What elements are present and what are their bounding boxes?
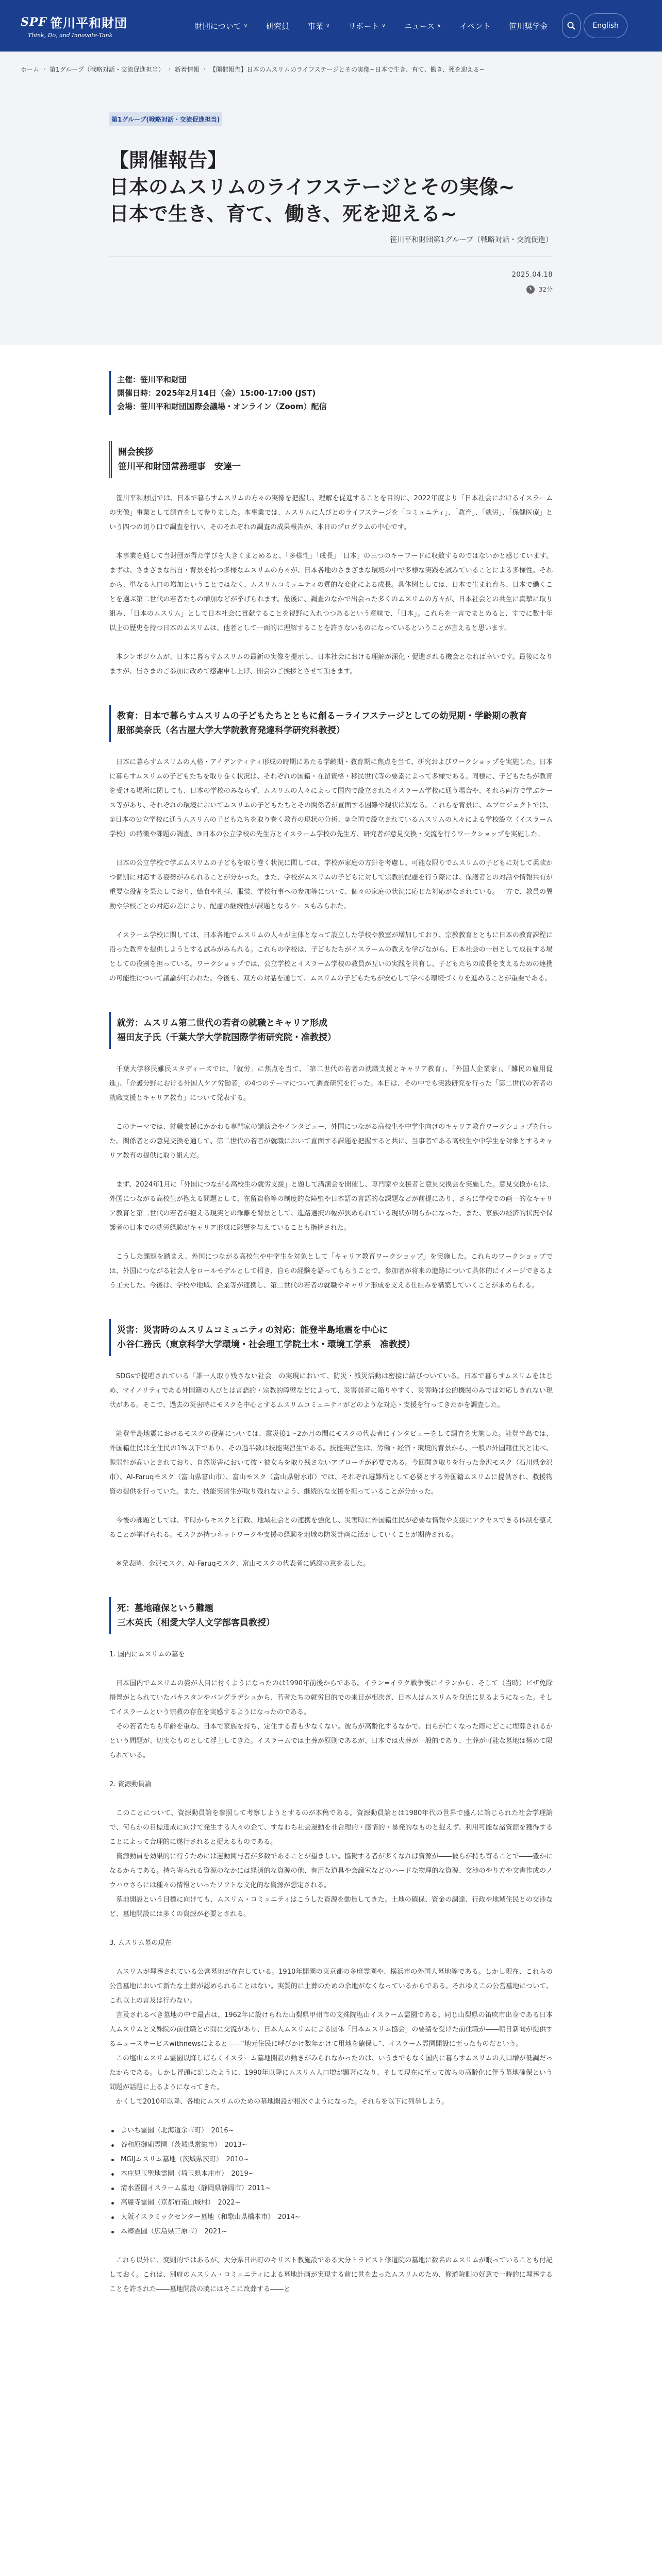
paragraph: その若者たちも年齢を重ね、日本で家族を持ち、定住する者も少なくない。彼らが高齢化… [109,1720,553,1763]
section-heading-education: 教育：日本で暮らすムスリムの子どもたちとともに創る－ライフステージとしての幼児期… [109,705,553,742]
paragraph: 今後の課題としては、平時からモスクと行政、地域社会との連携を強化し、災害時に外国… [109,1514,553,1543]
breadcrumb: ホーム › 第1グループ（戦略対話・交流促進担当） › 新着情報 › 【開催報告… [0,52,662,72]
chevron-down-icon: ∨ [326,23,329,29]
list-item: 本郷霊園（広島県三原市） 2021~ [109,2225,553,2239]
logo-tagline: Think, Do, and Innovate-Tank [21,32,170,39]
chevron-right-icon: › [204,66,206,72]
nav-label: 研究員 [266,21,289,31]
subsection-title: 2. 資源動員論 [109,1777,553,1792]
site-logo[interactable]: SPF 笹川平和財団 Think, Do, and Innovate-Tank [21,13,170,39]
category-tag[interactable]: 第1グループ(戦略対話・交流促進担当) [109,112,222,126]
list-item: 高麗寺霊園（京都府南山城村） 2022~ [109,2196,553,2210]
breadcrumb-current: 【開催報告】日本のムスリムのライフステージとその実像~日本で生き、育て、働き、死… [210,65,485,74]
title-line: 日本のムスリムのライフステージとその実像~ [109,174,553,200]
nav-label: イベント [459,21,490,31]
nav-label: リポート [348,21,379,31]
paragraph: 能登半島地震におけるモスクの役割については、震災後1～2か月の間にモスクの代表者… [109,1427,553,1499]
article-hero: ホーム › 第1グループ（戦略対話・交流促進担当） › 新着情報 › 【開催報告… [0,52,662,345]
section-heading-disaster: 災害：災害時のムスリムコミュニティの対応：能登半島地震を中心に 小谷仁務氏（東京… [109,1319,553,1356]
list-item: 清水霊園イスラーム墓地（静岡県静岡市）2011~ [109,2181,553,2196]
paragraph: 日本国内でムスリムの姿が人目に付くようになったのは1990年前後からである。イラ… [109,1676,553,1720]
paragraph: これら以外に、変則的ではあるが、大分県日出町のキリスト教施設である大分トラピスト… [109,2253,553,2297]
event-organizer: 主催：笹川平和財団 [117,373,553,386]
section-heading-opening: 開会挨拶 笹川平和財団常務理事 安達一 [109,441,553,478]
breadcrumb-news[interactable]: 新着情報 [175,65,200,74]
list-item: 本庄児玉聖地霊園（埼玉県本庄市） 2019~ [109,2167,553,2181]
nav-item-programs[interactable]: 事業∨ [299,21,339,31]
section-speaker: 三木英氏（相愛大学人文学部客員教授） [117,1616,553,1630]
paragraph: 日本の公立学校で学ぶムスリムの子どもを取り巻く状況に関しては、学校が家庭の方針を… [109,856,553,914]
paragraph: 本シンポジウムが、日本に暮らすムスリムの最新の実像を提示し、日本社会における理解… [109,650,553,679]
article-body: 主催：笹川平和財団 開催日時：2025年2月14日（金）15:00-17:00 … [109,345,553,2332]
nav-item-reports[interactable]: リポート∨ [339,21,394,31]
paragraph: この塩山ムスリム霊園以降しばらくイスラーム墓地開設の動きがみられなかったのは、い… [109,2052,553,2095]
section-speaker: 笹川平和財団常務理事 安達一 [118,460,553,474]
event-datetime: 開催日時：2025年2月14日（金）15:00-17:00 (JST) [117,386,553,400]
organization: 笹川平和財団第1グループ（戦略対話・交流促進） [109,234,553,257]
paragraph: イスラーム学校に関しては、日本各地でムスリムの人々が主体となって設立した学校や教… [109,928,553,986]
publish-date: 2025.04.18 [109,271,553,279]
section-title: 教育：日本で暮らすムスリムの子どもたちとともに創る－ライフステージとしての幼児期… [117,709,553,723]
paragraph: 資源動員を効果的に行うためには運動関与者が多数であることが望ましい。協働する者が… [109,1850,553,1893]
nav-label: 笹川奨学金 [509,21,548,31]
list-item: よいち霊園（北海道余市町） 2016~ [109,2124,553,2138]
paragraph: かくして2010年以降、各地にムスリムのための墓地開設が相次ぐようになった。それ… [109,2095,553,2109]
main-nav: 財団について∨ 研究員 事業∨ リポート∨ ニュース∨ イベント 笹川奨学金 E… [186,13,627,38]
paragraph: このテーマでは、就職支援にかかわる専門家の講演会やインタビュー、外国につながる高… [109,1120,553,1163]
read-time: 32分 [109,285,553,294]
nav-label: 財団について [195,21,241,31]
subsection-title: 3. ムスリム墓の現在 [109,1936,553,1951]
list-item: 大阪イスラミックセンター墓地（和歌山県橋本市） 2014~ [109,2210,553,2225]
nav-item-scholarship[interactable]: 笹川奨学金 [500,21,557,31]
chevron-down-icon: ∨ [382,23,385,29]
nav-item-about[interactable]: 財団について∨ [186,21,257,31]
section-title: 開会挨拶 [118,445,553,460]
paragraph: このことについて、資源動員論を参照して考察しようとするのが本稿である。資源動員論… [109,1806,553,1850]
nav-item-researchers[interactable]: 研究員 [257,21,299,31]
logo-mark: SPF [21,15,47,29]
chevron-down-icon: ∨ [437,23,441,29]
title-line: 【開催報告】 [109,147,553,174]
paragraph: SDGsで提唱されている「誰一人取り残さない社会」の実現において、防災・減災活動… [109,1369,553,1413]
event-venue: 会場：笹川平和財団国際会議場・オンライン（Zoom）配信 [117,400,553,413]
paragraph: 日本に暮らすムスリムの人格・アイデンティティ形成の時期にあたる学齢期・教育期に焦… [109,755,553,842]
paragraph: ※発表時、金沢モスク、Al-Faruqモスク、富山モスクの代表者に感謝の意を表し… [109,1557,553,1571]
section-title: 就労：ムスリム第二世代の若者の就職とキャリア形成 [117,1016,553,1030]
subsection-title: 1. 国内にムスリムの墓を [109,1648,553,1662]
section-speaker: 服部美奈氏（名古屋大学大学院教育発達科学研究科教授） [117,723,553,738]
read-time-value: 32分 [539,285,553,294]
logo-name: 笹川平和財団 [50,13,127,31]
chevron-down-icon: ∨ [244,23,247,29]
paragraph: 墓地開設という目標に向けても、ムスリム・コミュニティはこうした資源を動員してきた… [109,1893,553,1922]
section-speaker: 福田友子氏（千葉大学大学院国際学術研究院・准教授） [117,1030,553,1045]
search-icon [567,22,575,30]
section-heading-employment: 就労：ムスリム第二世代の若者の就職とキャリア形成 福田友子氏（千葉大学大学院国際… [109,1012,553,1049]
paragraph: こうした課題を踏まえ、外国につながる高校生や中学生を対象として「キャリア教育ワー… [109,1250,553,1293]
paragraph: 本事業を通して当財団が得た学びを大きくまとめると、「多様性」「成長」「日本」の三… [109,549,553,636]
paragraph: 千葉大学移民難民スタディーズでは、「就労」に焦点を当て、「第二世代の若者の就職支… [109,1062,553,1106]
nav-item-events[interactable]: イベント [450,21,500,31]
paragraph: 笹川平和財団では、日本で暮らすムスリムの方々の実像を把握し、理解を促進することを… [109,492,553,535]
page-title: 【開催報告】 日本のムスリムのライフステージとその実像~ 日本で生き、育て、働き… [109,147,553,227]
section-speaker: 小谷仁務氏（東京科学大学環境・社会理工学院土木・環境工学系 准教授） [117,1337,553,1352]
event-info: 主催：笹川平和財団 開催日時：2025年2月14日（金）15:00-17:00 … [109,371,553,415]
nav-label: ニュース [404,21,435,31]
paragraph: まず、2024年1月に「外国につながる高校生の就労支援」と題して講演会を開催し、… [109,1178,553,1235]
paragraph: ムスリムが埋葬されている公営墓地が存在している。1910年開園の東京都の多磨霊園… [109,1965,553,2008]
chevron-right-icon: › [43,66,45,72]
breadcrumb-home[interactable]: ホーム [21,65,39,74]
search-button[interactable] [562,13,581,38]
nav-label: 事業 [308,21,323,31]
site-header: SPF 笹川平和財団 Think, Do, and Innovate-Tank … [0,0,662,52]
section-title: 死：墓地確保という難題 [117,1601,553,1616]
section-heading-death: 死：墓地確保という難題 三木英氏（相愛大学人文学部客員教授） [109,1597,553,1634]
english-button[interactable]: English [584,13,627,38]
breadcrumb-group[interactable]: 第1グループ（戦略対話・交流促進担当） [49,65,164,74]
section-title: 災害：災害時のムスリムコミュニティの対応：能登半島地震を中心に [117,1323,553,1337]
list-item: 谷和原御廟霊園（茨城県常総市） 2013~ [109,2138,553,2153]
chevron-right-icon: › [169,66,171,72]
title-line: 日本で生き、育て、働き、死を迎える~ [109,200,553,227]
clock-icon [526,285,535,294]
list-item: MGIJムスリム墓地（茨城県茨町） 2010~ [109,2153,553,2167]
cemetery-list: よいち霊園（北海道余市町） 2016~ 谷和原御廟霊園（茨城県常総市） 2013… [109,2124,553,2239]
nav-item-news[interactable]: ニュース∨ [395,21,451,31]
paragraph: 言及されるべき墓地の中で最古は、1962年に設けられた山梨県甲州市の文殊院塩山イ… [109,2008,553,2052]
